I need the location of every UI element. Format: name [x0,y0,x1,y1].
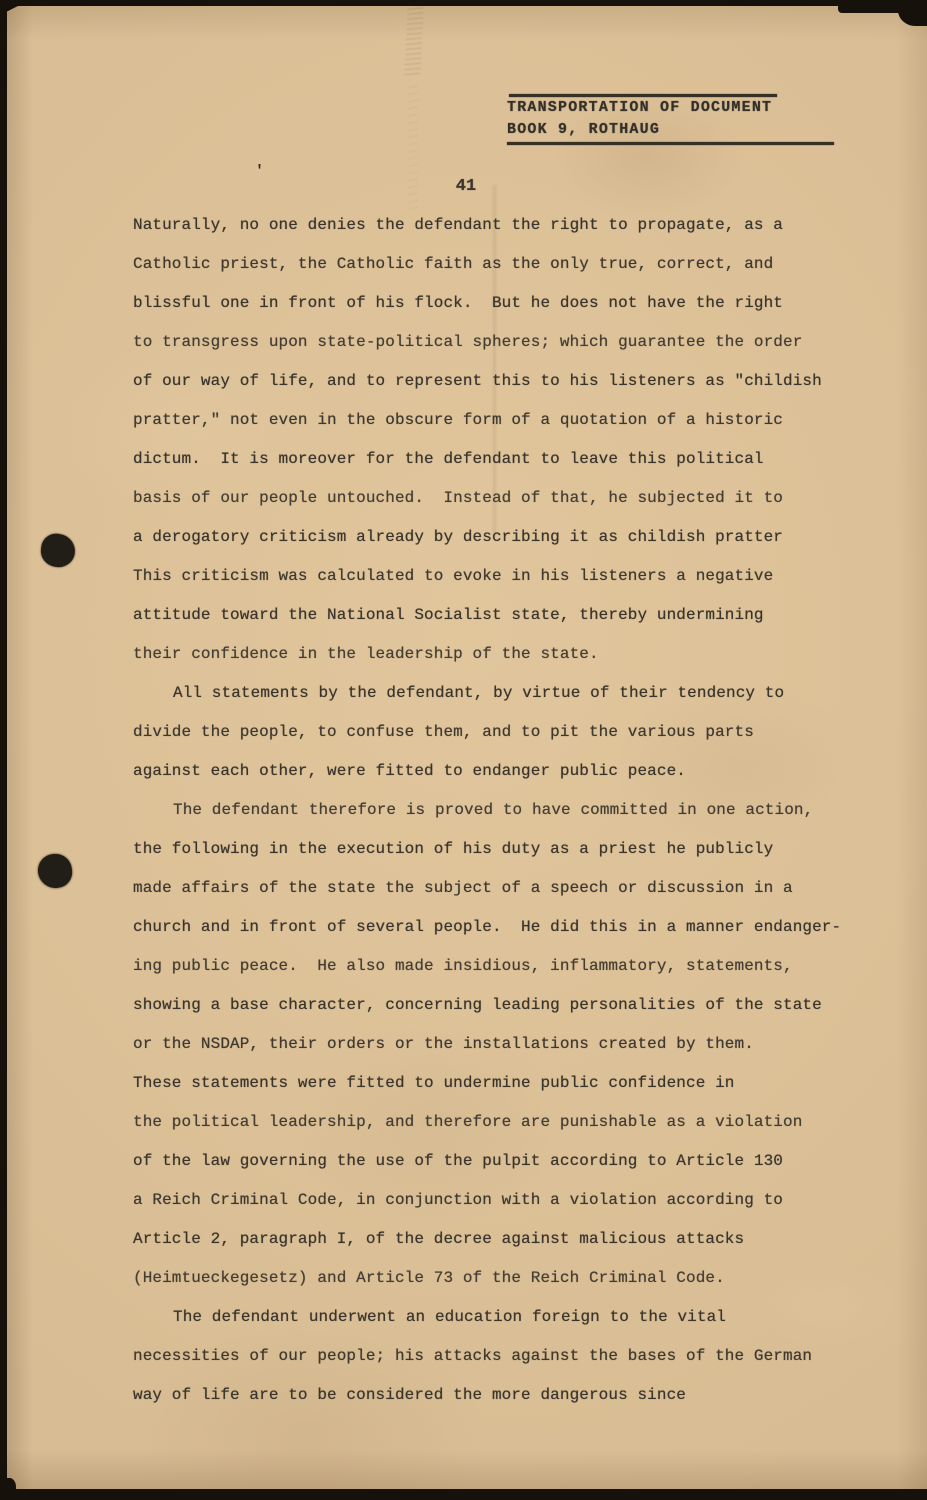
text-line: of our way of life, and to represent thi… [133,362,840,401]
text-line: or the NSDAP, their orders or the instal… [133,1025,840,1064]
text-line: (Heimtueckegesetz) and Article 73 of the… [133,1259,840,1298]
text-line: The defendant therefore is proved to hav… [133,791,840,830]
text-line: showing a base character, concerning lea… [133,986,840,1025]
text-line: attitude toward the National Socialist s… [133,596,840,635]
text-line: pratter," not even in the obscure form o… [133,401,840,440]
text-line: Catholic priest, the Catholic faith as t… [133,245,840,284]
text-line: the following in the execution of his du… [133,830,840,869]
scanned-document-page: ' TRANSPORTATION OF DOCUMENT BOOK 9, ROT… [0,0,927,1500]
text-line: basis of our people untouched. Instead o… [133,479,840,518]
stray-apostrophe-mark: ' [255,163,264,180]
text-line: a Reich Criminal Code, in conjunction wi… [133,1181,840,1220]
text-line: church and in front of several people. H… [133,908,840,947]
scan-edge-bottom [0,1489,927,1500]
text-line: of the law governing the use of the pulp… [133,1142,840,1181]
pencil-smudge-lower [408,80,418,210]
stamp-line-1: TRANSPORTATION OF DOCUMENT [507,97,834,119]
page-number: 41 [446,177,486,196]
document-body: Naturally, no one denies the defendant t… [133,206,840,1415]
text-line: This criticism was calculated to evoke i… [133,557,840,596]
stamp-line-2: BOOK 9, ROTHAUG [507,119,834,141]
scan-edge-left [0,0,7,1500]
text-line: The defendant underwent an education for… [133,1298,840,1337]
text-line: divide the people, to confuse them, and … [133,713,840,752]
text-line: against each other, were fitted to endan… [133,752,840,791]
text-line: way of life are to be considered the mor… [133,1376,840,1415]
header-stamp: TRANSPORTATION OF DOCUMENT BOOK 9, ROTHA… [507,94,834,145]
text-line: a derogatory criticism already by descri… [133,518,840,557]
text-line: necessities of our people; his attacks a… [133,1337,840,1376]
stamp-rule-bottom [507,142,834,145]
text-line: ing public peace. He also made insidious… [133,947,840,986]
text-line: Naturally, no one denies the defendant t… [133,206,840,245]
text-line: Article 2, paragraph I, of the decree ag… [133,1220,840,1259]
text-line: made affairs of the state the subject of… [133,869,840,908]
text-line: These statements were fitted to undermin… [133,1064,840,1103]
text-line: All statements by the defendant, by virt… [133,674,840,713]
scan-edge-top [0,0,927,6]
text-line: dictum. It is moreover for the defendant… [133,440,840,479]
text-line: blissful one in front of his flock. But … [133,284,840,323]
text-line: to transgress upon state-political spher… [133,323,840,362]
text-line: their confidence in the leadership of th… [133,635,840,674]
scan-edge-bottomleft [0,1478,16,1500]
text-line: the political leadership, and therefore … [133,1103,840,1142]
